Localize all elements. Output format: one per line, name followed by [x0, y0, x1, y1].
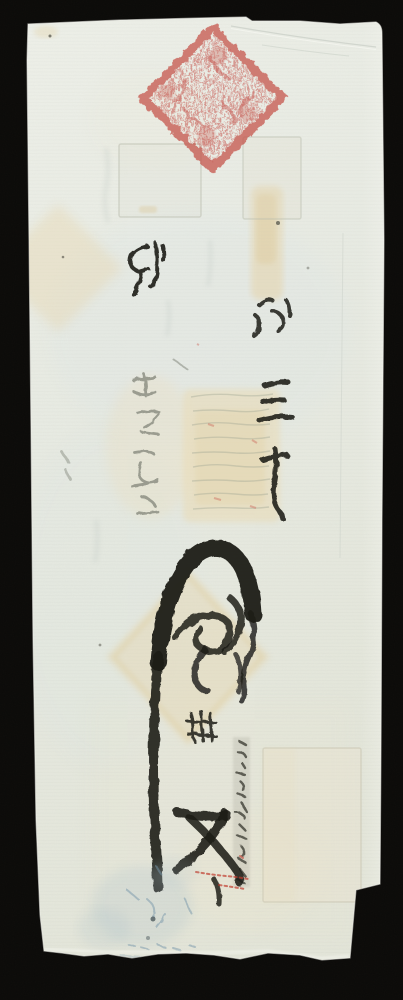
ghost-stamp-right: [243, 137, 301, 219]
document-scene: [0, 0, 403, 1000]
ghost-stamp-left: [119, 144, 201, 217]
ghost-stamp-bottom: [263, 748, 361, 902]
photograph-of-document: Photograph of the reverse side of an age…: [0, 0, 403, 1000]
